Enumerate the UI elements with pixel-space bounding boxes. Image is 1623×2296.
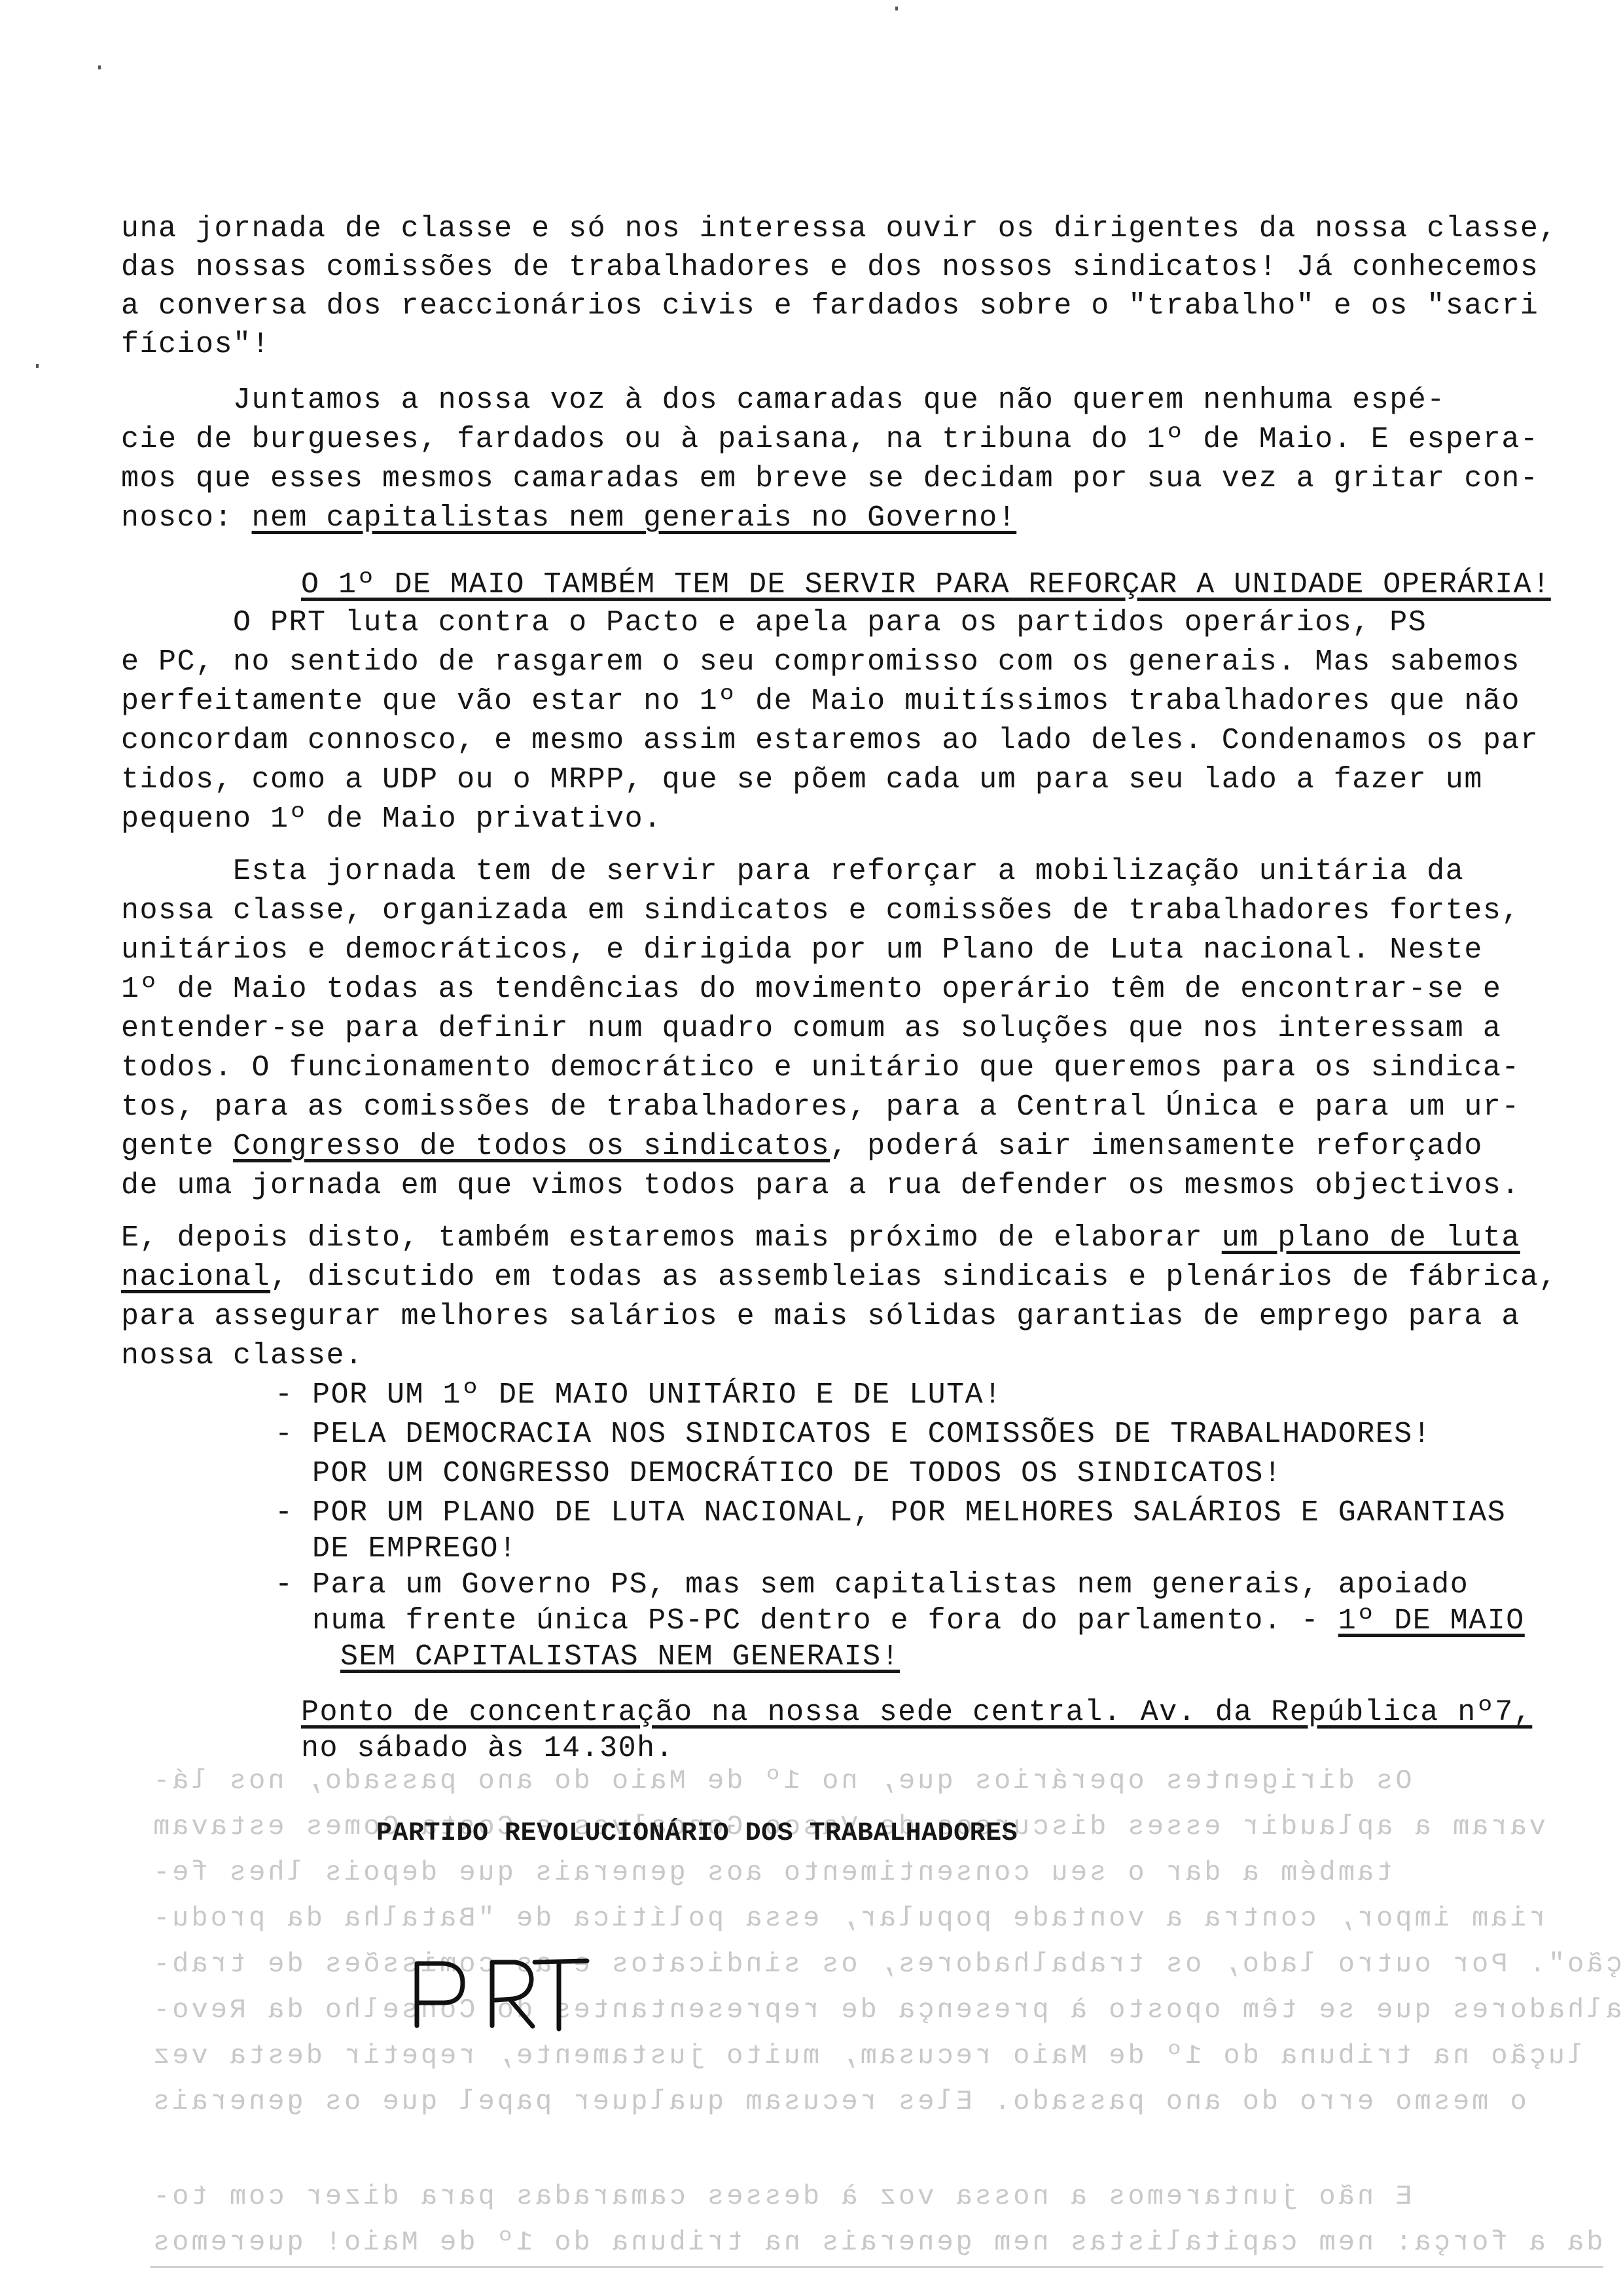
slogan-item: - POR UM 1º DE MAIO UNITÁRIO E DE LUTA!: [275, 1374, 1003, 1416]
slogan-item: POR UM CONGRESSO DEMOCRÁTICO DE TODOS OS…: [275, 1453, 1282, 1495]
underlined-slogan: nem capitalistas nem generais no Governo…: [252, 501, 1017, 535]
underlined-congresso: Congresso de todos os sindicatos: [233, 1130, 830, 1163]
section-heading: O 1º DE MAIO TAMBÉM TEM DE SERVIR PARA R…: [301, 564, 1551, 606]
slogan-item: SEM CAPITALISTAS NEM GENERAIS!: [340, 1636, 900, 1678]
scan-speck: [36, 364, 39, 368]
signature: PARTIDO REVOLUCIONÁRIO DOS TRABALHADORES: [376, 1813, 1018, 1855]
underlined-plano: um plano de luta: [1222, 1221, 1520, 1255]
prt-logo-icon: [401, 1957, 597, 2049]
slogan-item: - PELA DEMOCRACIA NOS SINDICATOS E COMIS…: [275, 1414, 1431, 1456]
leaflet-page: Os dirigentes operários que, no 1º de Ma…: [0, 0, 1623, 2296]
scan-speck: [98, 65, 101, 69]
scan-speck: [895, 7, 898, 10]
slogan-line-governo: nosco: nem capitalistas nem generais no …: [121, 497, 1016, 539]
